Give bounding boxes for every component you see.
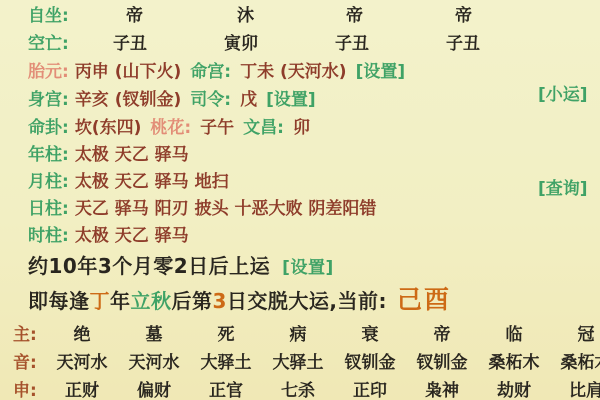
row-shengong: 身宫:辛亥 (钗钏金)司令:戊[设置] <box>28 90 325 111</box>
row-taiyuan: 胎元:丙申 (山下火)命宫:丁未 (天河水)[设置] <box>28 62 414 83</box>
row-zizuo-value-3: 帝 <box>455 6 472 27</box>
query-link[interactable]: [查询] <box>538 179 588 200</box>
table-row-changsheng-label: 主: <box>13 324 37 346</box>
table-row-shishen-cell-0: 正财 <box>46 380 118 400</box>
luck-start-line: 约10年3个月零2日后上运[设置] <box>28 253 334 281</box>
table-row-shishen-cell-6: 劫财 <box>478 380 550 400</box>
table-row-nayin-cell-0: 天河水 <box>46 352 118 374</box>
row-taiyuan-seg-0: 丙申 (山下火) <box>75 62 181 82</box>
row-shengong-seg-0: 辛亥 (钗钏金) <box>75 90 181 110</box>
table-row-shishen-label: 申: <box>13 380 37 400</box>
row-taiyuan-seg-2: 丁未 (天河水) <box>240 62 346 82</box>
row-minggua-seg-2: 子午 <box>200 118 234 138</box>
row-yuezhu-label: 月柱: <box>28 172 69 192</box>
row-rizhu-seg-0: 天乙 驿马 阳刃 披头 十恶大败 阴差阳错 <box>75 199 377 219</box>
taiyuan-settings-link[interactable]: [设置] <box>356 62 406 82</box>
row-minggua-seg-1: 桃花: <box>150 118 191 138</box>
table-row-nayin-cell-1: 天河水 <box>118 352 190 374</box>
row-kongwang-value-2: 子丑 <box>335 34 369 55</box>
table-row-changsheng-cell-0: 绝 <box>46 324 118 346</box>
row-minggua-label: 命卦: <box>28 118 69 138</box>
row-zizuo-label: 自坐: <box>28 6 69 26</box>
table-row-shishen-cell-3: 七杀 <box>262 380 334 400</box>
row-nianzhu-seg-0: 太极 天乙 驿马 <box>75 145 189 165</box>
shengong-settings-link[interactable]: [设置] <box>266 90 316 110</box>
row-shizhu-seg-0: 太极 天乙 驿马 <box>75 226 189 246</box>
table-row-changsheng-cell-5: 帝 <box>406 324 478 346</box>
table-row-nayin-cell-6: 桑柘木 <box>478 352 550 374</box>
row-zizuo-value-1: 沐 <box>237 6 254 27</box>
dayun-text-seg-2: 年 <box>110 289 131 313</box>
row-shengong-seg-2: 戊 <box>240 90 257 110</box>
dayun-text-seg-3: 立秋 <box>131 289 172 313</box>
row-minggua-seg-0: 坎(东四) <box>75 118 142 138</box>
row-taiyuan-seg-1: 命宫: <box>190 62 231 82</box>
row-rizhu-label: 日柱: <box>28 199 69 219</box>
table-row-changsheng-cell-6: 临 <box>478 324 550 346</box>
row-shengong-seg-1: 司令: <box>190 90 231 110</box>
bazi-app-screen: 自坐:帝沐帝帝空亡:子丑寅卯子丑子丑胎元:丙申 (山下火)命宫:丁未 (天河水)… <box>0 0 600 400</box>
table-row-shishen-cell-4: 正印 <box>334 380 406 400</box>
luck-start-text: 约10年3个月零2日后上运 <box>28 254 270 278</box>
dayun-text-seg-4: 后第 <box>172 289 213 313</box>
table-row-changsheng-cell-3: 病 <box>262 324 334 346</box>
row-taiyuan-label: 胎元: <box>28 62 69 82</box>
dayun-text-seg-6: 日交脱大运,当前: <box>227 289 387 313</box>
table-row-changsheng: 主:绝墓死病衰帝临冠 <box>0 324 600 348</box>
row-yuezhu-seg-0: 太极 天乙 驿马 地扫 <box>75 172 229 192</box>
table-row-nayin-cell-3: 大驿土 <box>262 352 334 374</box>
row-nianzhu: 年柱:太极 天乙 驿马 <box>28 145 198 166</box>
dayun-text-seg-5: 3 <box>213 289 227 313</box>
dayun-text-seg-0: 即每逢 <box>28 289 90 313</box>
dayun-text-seg-1: 丁 <box>90 289 111 313</box>
row-nianzhu-label: 年柱: <box>28 145 69 165</box>
table-row-changsheng-cell-1: 墓 <box>118 324 190 346</box>
table-row-changsheng-cell-7: 冠 <box>550 324 600 346</box>
row-rizhu: 日柱:天乙 驿马 阳刃 披头 十恶大败 阴差阳错 <box>28 199 385 220</box>
row-kongwang: 空亡:子丑寅卯子丑子丑 <box>28 34 75 55</box>
row-minggua-seg-3: 文昌: <box>243 118 284 138</box>
table-row-shishen-cell-1: 偏财 <box>118 380 190 400</box>
current-dayun-value: 己酉 <box>397 285 451 314</box>
row-shizhu-label: 时柱: <box>28 226 69 246</box>
row-shengong-label: 身宫: <box>28 90 69 110</box>
table-row-nayin-label: 音: <box>13 352 37 374</box>
row-shizhu: 时柱:太极 天乙 驿马 <box>28 226 198 247</box>
table-row-nayin-cell-2: 大驿土 <box>190 352 262 374</box>
table-row-shishen: 申:正财偏财正官七杀正印枭神劫财比肩 <box>0 380 600 400</box>
current-dayun-line: 即每逢丁年立秋后第3日交脱大运,当前:己酉 <box>28 287 451 314</box>
table-row-shishen-cell-5: 枭神 <box>406 380 478 400</box>
row-kongwang-label: 空亡: <box>28 34 69 54</box>
row-zizuo-value-2: 帝 <box>346 6 363 27</box>
table-row-shishen-cell-2: 正官 <box>190 380 262 400</box>
row-zizuo-value-0: 帝 <box>126 6 143 27</box>
row-kongwang-value-0: 子丑 <box>113 34 147 55</box>
row-kongwang-value-3: 子丑 <box>446 34 480 55</box>
table-row-nayin-cell-7: 桑柘木 <box>550 352 600 374</box>
table-row-nayin-cell-5: 钗钏金 <box>406 352 478 374</box>
minor-luck-link[interactable]: [小运] <box>538 85 588 106</box>
table-row-changsheng-cell-2: 死 <box>190 324 262 346</box>
table-row-nayin: 音:天河水天河水大驿土大驿土钗钏金钗钏金桑柘木桑柘木 <box>0 352 600 376</box>
table-row-changsheng-cell-4: 衰 <box>334 324 406 346</box>
row-kongwang-value-1: 寅卯 <box>224 34 258 55</box>
table-row-shishen-cell-7: 比肩 <box>550 380 600 400</box>
row-yuezhu: 月柱:太极 天乙 驿马 地扫 <box>28 172 238 193</box>
luck-settings-link[interactable]: [设置] <box>282 258 334 278</box>
row-minggua: 命卦:坎(东四)桃花:子午文昌:卯 <box>28 118 319 139</box>
table-row-nayin-cell-4: 钗钏金 <box>334 352 406 374</box>
row-zizuo: 自坐:帝沐帝帝 <box>28 6 75 27</box>
row-minggua-seg-4: 卯 <box>293 118 310 138</box>
